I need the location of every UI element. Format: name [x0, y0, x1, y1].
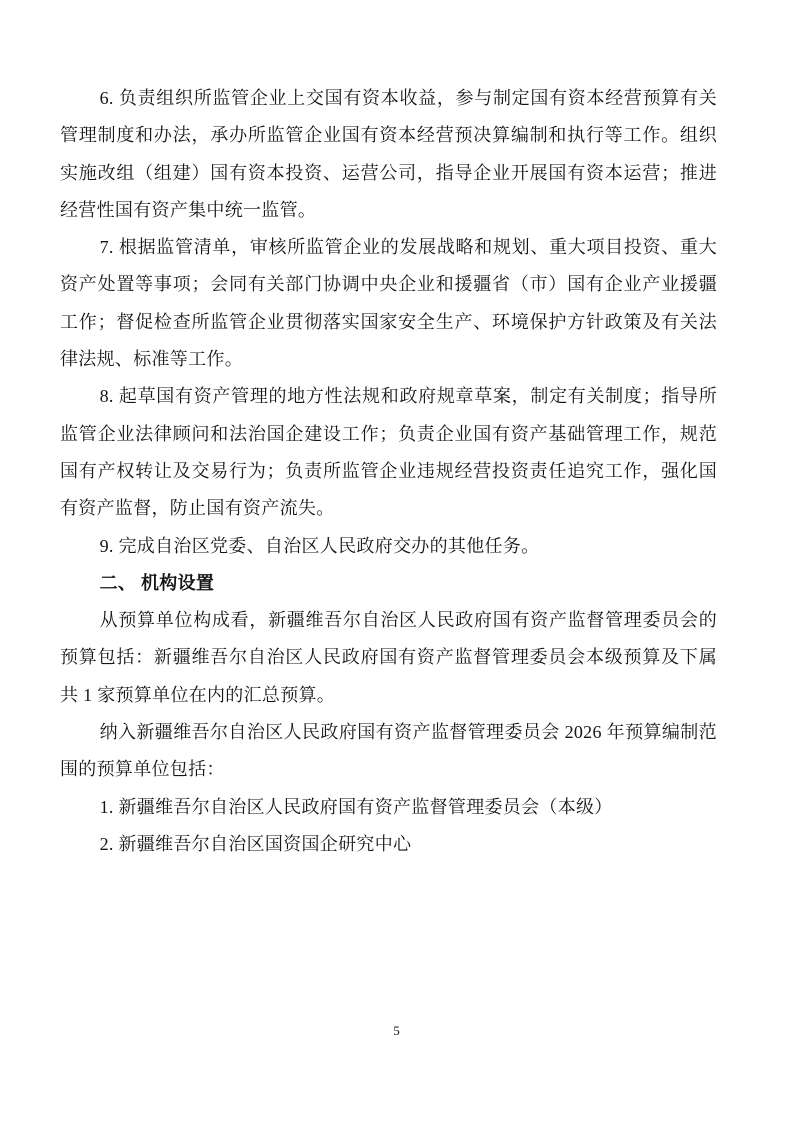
budget-unit-item-1: 1. 新疆维吾尔自治区人民政府国有资产监督管理委员会（本级）	[60, 789, 717, 826]
page-footer: 5	[0, 1022, 793, 1040]
budget-scope-paragraph: 纳入新疆维吾尔自治区人民政府国有资产监督管理委员会 2026 年预算编制范围的预…	[60, 714, 717, 789]
page-number: 5	[393, 1023, 400, 1038]
document-content: 6. 负责组织所监管企业上交国有资本收益，参与制定国有资本经营预算有关管理制度和…	[60, 80, 717, 863]
duty-paragraph-7: 7. 根据监管清单，审核所监管企业的发展战略和规划、重大项目投资、重大资产处置等…	[60, 229, 717, 378]
duty-paragraph-8: 8. 起草国有资产管理的地方性法规和政府规章草案，制定有关制度；指导所监管企业法…	[60, 378, 717, 527]
budget-unit-item-2: 2. 新疆维吾尔自治区国资国企研究中心	[60, 826, 717, 863]
duty-paragraph-6: 6. 负责组织所监管企业上交国有资本收益，参与制定国有资本经营预算有关管理制度和…	[60, 80, 717, 229]
document-page: 6. 负责组织所监管企业上交国有资本收益，参与制定国有资本经营预算有关管理制度和…	[0, 0, 793, 1122]
section-heading: 二、 机构设置	[60, 565, 717, 602]
duty-paragraph-9: 9. 完成自治区党委、自治区人民政府交办的其他任务。	[60, 528, 717, 565]
budget-composition-paragraph: 从预算单位构成看，新疆维吾尔自治区人民政府国有资产监督管理委员会的预算包括：新疆…	[60, 602, 717, 714]
